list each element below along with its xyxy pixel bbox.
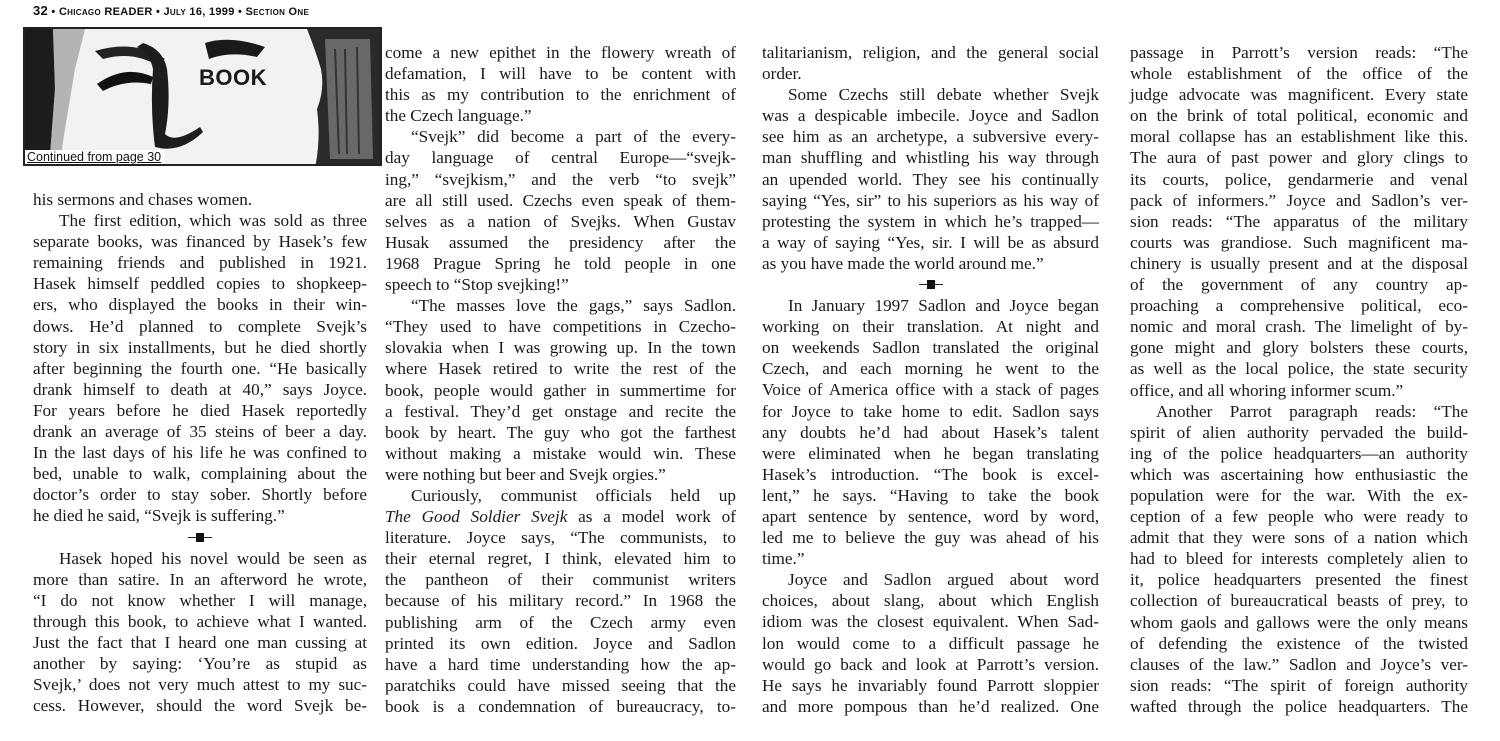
article-text-line: the Czech language.” — [385, 105, 736, 126]
page-folio: 32 • Chicago READER • July 16, 1999 • Se… — [33, 3, 309, 18]
section-name: Section One — [246, 6, 310, 18]
article-text-line: an upended world. They see his continual… — [762, 169, 1099, 190]
article-text-line: talitarianism, religion, and the general… — [762, 42, 1099, 63]
article-text-line: remaining friends and published in 1921. — [33, 252, 367, 273]
article-text-line: another by saying: ‘You’re as stupid as — [33, 653, 367, 674]
publication-name-bold: READER — [104, 6, 152, 18]
article-text-line: whole establishment of the office of the — [1130, 63, 1468, 84]
article-text-line: on the brink of total political, economi… — [1130, 105, 1468, 126]
article-text-line: was a despicable imbecile. Joyce and Sad… — [762, 105, 1099, 126]
article-text-line: Just the fact that I heard one man cussi… — [33, 632, 367, 653]
article-text-line: clauses of the law.” Sadlon and Joyce’s … — [1130, 654, 1468, 675]
article-text-line: apart sentence by sentence, word by word… — [762, 506, 1099, 527]
article-text-line: “The masses love the gags,” says Sadlon. — [385, 295, 736, 316]
article-text-line: were nothing but beer and Svejk orgies.” — [385, 464, 736, 485]
article-text-line: whom gaols and gallows were the only mea… — [1130, 612, 1468, 633]
article-text-line: of defending the existence of the twiste… — [1130, 633, 1468, 654]
article-text-line: more than satire. In an afterword he wro… — [33, 569, 367, 590]
article-text-line: selves as a nation of Svejks. When Gusta… — [385, 211, 736, 232]
article-text-line: ers, who displayed the books in their wi… — [33, 294, 367, 315]
article-text-line: working on their translation. At night a… — [762, 316, 1099, 337]
article-text-line: their eternal regret, I think, elevated … — [385, 548, 736, 569]
article-text-line: passage in Parrott’s version reads: “The — [1130, 42, 1468, 63]
article-text-line: of the government of any country ap- — [1130, 274, 1468, 295]
article-text-line: “They used to have competitions in Czech… — [385, 316, 736, 337]
article-text-line: admit that they were sons of a nation wh… — [1130, 527, 1468, 548]
article-text-line: The aura of past power and glory clings … — [1130, 147, 1468, 168]
article-text-line: office, and all whoring informer scum.” — [1130, 380, 1468, 401]
article-text-line: “Svejk” did become a part of the every- — [385, 126, 736, 147]
article-text-line: “I do not know whether I will manage, — [33, 590, 367, 611]
publication-name: Chicago — [59, 6, 101, 18]
article-text-line: moral collapse has an establishment like… — [1130, 126, 1468, 147]
article-text-line: slovakia when I was growing up. In the t… — [385, 337, 736, 358]
article-text-line: publishing arm of the Czech army even — [385, 612, 736, 633]
article-text-line: Joyce and Sadlon argued about word — [762, 569, 1099, 590]
article-text-line: on weekends Sadlon translated the origin… — [762, 337, 1099, 358]
article-text-line: Voice of America office with a stack of … — [762, 379, 1099, 400]
page-number: 32 — [33, 3, 48, 18]
section-break-icon — [762, 274, 1099, 295]
face-photo-icon — [25, 29, 382, 166]
article-text-line: dows. He’d planned to complete Svejk’s — [33, 316, 367, 337]
article-text-line: would go back and look at Parrott’s vers… — [762, 654, 1099, 675]
article-text-line: his sermons and chases women. — [33, 189, 367, 210]
article-text-line: bed, unable to walk, complaining about t… — [33, 463, 367, 484]
article-text-line: chinery is usually present and at the di… — [1130, 253, 1468, 274]
article-text-line: ing of the police headquarters—an author… — [1130, 443, 1468, 464]
article-text-line: 1968 Prague Spring he told people in one — [385, 253, 736, 274]
article-text-line: In the last days of his life he was conf… — [33, 442, 367, 463]
section-break-icon — [33, 527, 367, 548]
article-text-line: book, people would gather in summertime … — [385, 380, 736, 401]
article-text-line: ception of a few people who were ready t… — [1130, 506, 1468, 527]
article-text-line: sion reads: “The spirit of foreign autho… — [1130, 675, 1468, 696]
article-text-line: Another Parrot paragraph reads: “The — [1130, 401, 1468, 422]
article-text-line: proaching a comprehensive political, eco… — [1130, 295, 1468, 316]
article-text-line: it, police headquarters presented the fi… — [1130, 569, 1468, 590]
article-column-3: talitarianism, religion, and the general… — [762, 42, 1099, 717]
book-section-banner: BOOK Continued from page 30 — [23, 27, 382, 166]
article-text-line: saying “Yes, sir” to his superiors as hi… — [762, 190, 1099, 211]
article-text-line: Hasek hoped his novel would be seen as — [33, 548, 367, 569]
article-column-1: his sermons and chases women.The first e… — [33, 189, 367, 716]
article-text-line: Some Czechs still debate whether Svejk — [762, 84, 1099, 105]
article-text-line: a way of saying “Yes, sir. I will be as … — [762, 232, 1099, 253]
article-text-line: The Good Soldier Svejk as a model work o… — [385, 506, 736, 527]
article-text-line: spirit of alien authority pervaded the b… — [1130, 422, 1468, 443]
article-text-line: Czech, and each morning he went to the — [762, 358, 1099, 379]
article-text-line: courts was grandiose. Such magnificent m… — [1130, 232, 1468, 253]
article-text-line: drank himself to death at 40,” says Joyc… — [33, 379, 367, 400]
article-text-line: see him as an archetype, a subversive ev… — [762, 126, 1099, 147]
article-text-line: sion reads: “The apparatus of the milita… — [1130, 211, 1468, 232]
article-text-line: man shuffling and whistling his way thro… — [762, 147, 1099, 168]
article-text-line: as you have made the world around me.” — [762, 253, 1099, 274]
article-text-line: population were for the war. With the ex… — [1130, 485, 1468, 506]
article-text-line: led me to believe the guy was ahead of h… — [762, 527, 1099, 548]
article-text-line: Hasek himself peddled copies to shopkeep… — [33, 273, 367, 294]
article-text-line: doctor’s order to stay sober. Shortly be… — [33, 484, 367, 505]
article-text-line: separate books, was financed by Hasek’s … — [33, 231, 367, 252]
article-text-line: were eliminated when he began translatin… — [762, 443, 1099, 464]
book-title: The Good Soldier Svejk — [385, 507, 567, 526]
article-text-line: lent,” he says. “Having to take the book — [762, 485, 1099, 506]
article-text-line: ing,” “svejkism,” and the verb “to svejk… — [385, 169, 736, 190]
article-text-line: printed its own edition. Joyce and Sadlo… — [385, 633, 736, 654]
article-text-line: idiom was the closest equivalent. When S… — [762, 611, 1099, 632]
article-text-line: wafted through the police headquarters. … — [1130, 696, 1468, 717]
article-column-2: come a new epithet in the flowery wreath… — [385, 42, 736, 717]
article-text-line: as well as the local police, the state s… — [1130, 358, 1468, 379]
article-text-line: a festival. They’d get onstage and recit… — [385, 401, 736, 422]
banner-label: BOOK — [199, 65, 267, 91]
article-text-line: lon would come to a difficult passage he — [762, 633, 1099, 654]
article-text-line: pack of informers.” Joyce and Sadlon’s v… — [1130, 190, 1468, 211]
article-text-line: without making a mistake would win. Thes… — [385, 443, 736, 464]
article-column-4: passage in Parrott’s version reads: “The… — [1130, 42, 1468, 717]
article-text-line: time.” — [762, 548, 1099, 569]
article-text-line: order. — [762, 63, 1099, 84]
article-text-line: collection of bureaucratical beasts of p… — [1130, 590, 1468, 611]
article-text-line: its courts, police, gendarmerie and vena… — [1130, 169, 1468, 190]
article-text-line: through this book, to achieve what I wan… — [33, 611, 367, 632]
article-text-line: the pantheon of their communist writers — [385, 569, 736, 590]
article-text-line: after beginning the fourth one. “He basi… — [33, 358, 367, 379]
article-text-line: have a hard time understanding how the a… — [385, 654, 736, 675]
continued-from-link[interactable]: Continued from page 30 — [25, 150, 164, 164]
article-text-line: and more pompous than he’d realized. One — [762, 696, 1099, 717]
article-text-line: Husak assumed the presidency after the — [385, 232, 736, 253]
article-text-line: Svejk,’ does not very much attest to my … — [33, 674, 367, 695]
article-text-line: The first edition, which was sold as thr… — [33, 210, 367, 231]
issue-date: July 16, 1999 — [163, 6, 234, 18]
article-text-line: Curiously, communist officials held up — [385, 485, 736, 506]
article-text-line: For years before he died Hasek reportedl… — [33, 400, 367, 421]
article-text-line: judge advocate was magnificent. Every st… — [1130, 84, 1468, 105]
article-text-line: story in six installments, but he died s… — [33, 337, 367, 358]
article-text-line: because of his military record.” In 1968… — [385, 590, 736, 611]
article-text-line: choices, about slang, about which Englis… — [762, 590, 1099, 611]
article-text-line: had to bleed for interests completely al… — [1130, 548, 1468, 569]
article-text-line: drank an average of 35 steins of beer a … — [33, 421, 367, 442]
article-text-line: Hasek’s introduction. “The book is excel… — [762, 464, 1099, 485]
article-text-line: which was ascertaining how enthusiastic … — [1130, 464, 1468, 485]
article-text-line: paratchiks could have missed seeing that… — [385, 675, 736, 696]
article-text-line: speech to “Stop svejking!” — [385, 274, 736, 295]
article-text-line: for Joyce to take home to edit. Sadlon s… — [762, 401, 1099, 422]
article-text-line: where Hasek retired to write the rest of… — [385, 358, 736, 379]
article-text-line: any doubts he’d had about Hasek’s talent — [762, 422, 1099, 443]
article-text-line: cess. However, should the word Svejk be- — [33, 695, 367, 716]
article-text-line: book is a condemnation of bureaucracy, t… — [385, 696, 736, 717]
article-text-line: he died he said, “Svejk is suffering.” — [33, 505, 367, 526]
article-text-line: In January 1997 Sadlon and Joyce began — [762, 295, 1099, 316]
article-text-line: gone might and glory bolsters these cour… — [1130, 337, 1468, 358]
article-text-line: He says he invariably found Parrott slop… — [762, 675, 1099, 696]
article-text-line: come a new epithet in the flowery wreath… — [385, 42, 736, 63]
article-text-line: protesting the system in which he’s trap… — [762, 211, 1099, 232]
article-text-line: this as my contribution to the enrichmen… — [385, 84, 736, 105]
article-text-line: literature. Joyce says, “The communists,… — [385, 527, 736, 548]
article-text-line: nomic and moral crash. The limelight of … — [1130, 316, 1468, 337]
article-text-line: day language of central Europe—“svejk- — [385, 147, 736, 168]
article-text-line: defamation, I will have to be content wi… — [385, 63, 736, 84]
article-text-line: book by heart. The guy who got the farth… — [385, 422, 736, 443]
article-text-line: are all still used. Czechs even speak of… — [385, 190, 736, 211]
